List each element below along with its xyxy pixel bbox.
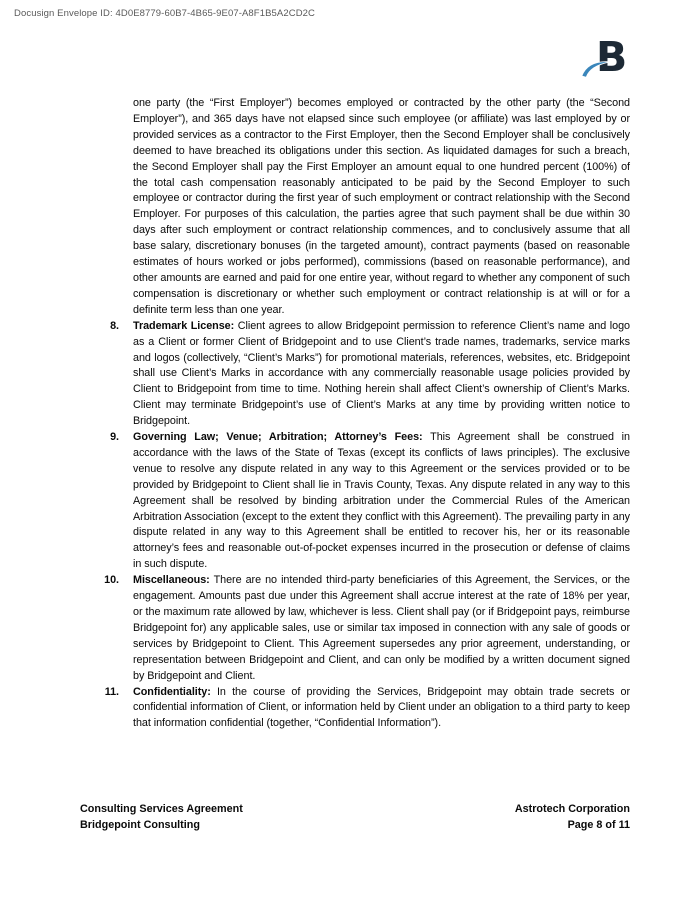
clause-number: 8. xyxy=(95,319,119,335)
footer-company-name: Bridgepoint Consulting xyxy=(80,818,243,834)
clause-text: This Agreement shall be construed in acc… xyxy=(133,431,630,570)
clause-heading: Miscellaneous: xyxy=(133,574,210,586)
footer-left-block: Consulting Services Agreement Bridgepoin… xyxy=(80,802,243,833)
clause-number: 10. xyxy=(95,573,119,589)
page-footer: Consulting Services Agreement Bridgepoin… xyxy=(80,802,630,833)
clause-text: There are no intended third-party benefi… xyxy=(133,574,630,681)
clause-heading: Trademark License: xyxy=(133,320,234,332)
contract-body: one party (the “First Employer”) becomes… xyxy=(105,96,630,732)
continuation-paragraph: one party (the “First Employer”) becomes… xyxy=(133,96,630,319)
docusign-envelope-id: Docusign Envelope ID: 4D0E8779-60B7-4B65… xyxy=(14,8,315,19)
footer-agreement-title: Consulting Services Agreement xyxy=(80,802,243,818)
bridgepoint-logo: B xyxy=(588,34,640,86)
numbered-clauses: 8. Trademark License: Client agrees to a… xyxy=(105,319,630,733)
clause-heading: Governing Law; Venue; Arbitration; Attor… xyxy=(133,431,423,443)
footer-client-name: Astrotech Corporation xyxy=(515,802,630,818)
footer-right-block: Astrotech Corporation Page 8 of 11 xyxy=(515,802,630,833)
clause-number: 11. xyxy=(95,685,119,701)
clause-text: Client agrees to allow Bridgepoint permi… xyxy=(133,320,630,427)
clause-miscellaneous: 10. Miscellaneous: There are no intended… xyxy=(105,573,630,684)
clause-trademark-license: 8. Trademark License: Client agrees to a… xyxy=(105,319,630,430)
clause-heading: Confidentiality: xyxy=(133,686,211,698)
clause-governing-law: 9. Governing Law; Venue; Arbitration; At… xyxy=(105,430,630,573)
clause-confidentiality: 11. Confidentiality: In the course of pr… xyxy=(105,685,630,733)
document-page: Docusign Envelope ID: 4D0E8779-60B7-4B65… xyxy=(0,0,695,900)
clause-number: 9. xyxy=(95,430,119,446)
logo-swoosh-icon xyxy=(581,59,613,78)
footer-page-number: Page 8 of 11 xyxy=(515,818,630,834)
